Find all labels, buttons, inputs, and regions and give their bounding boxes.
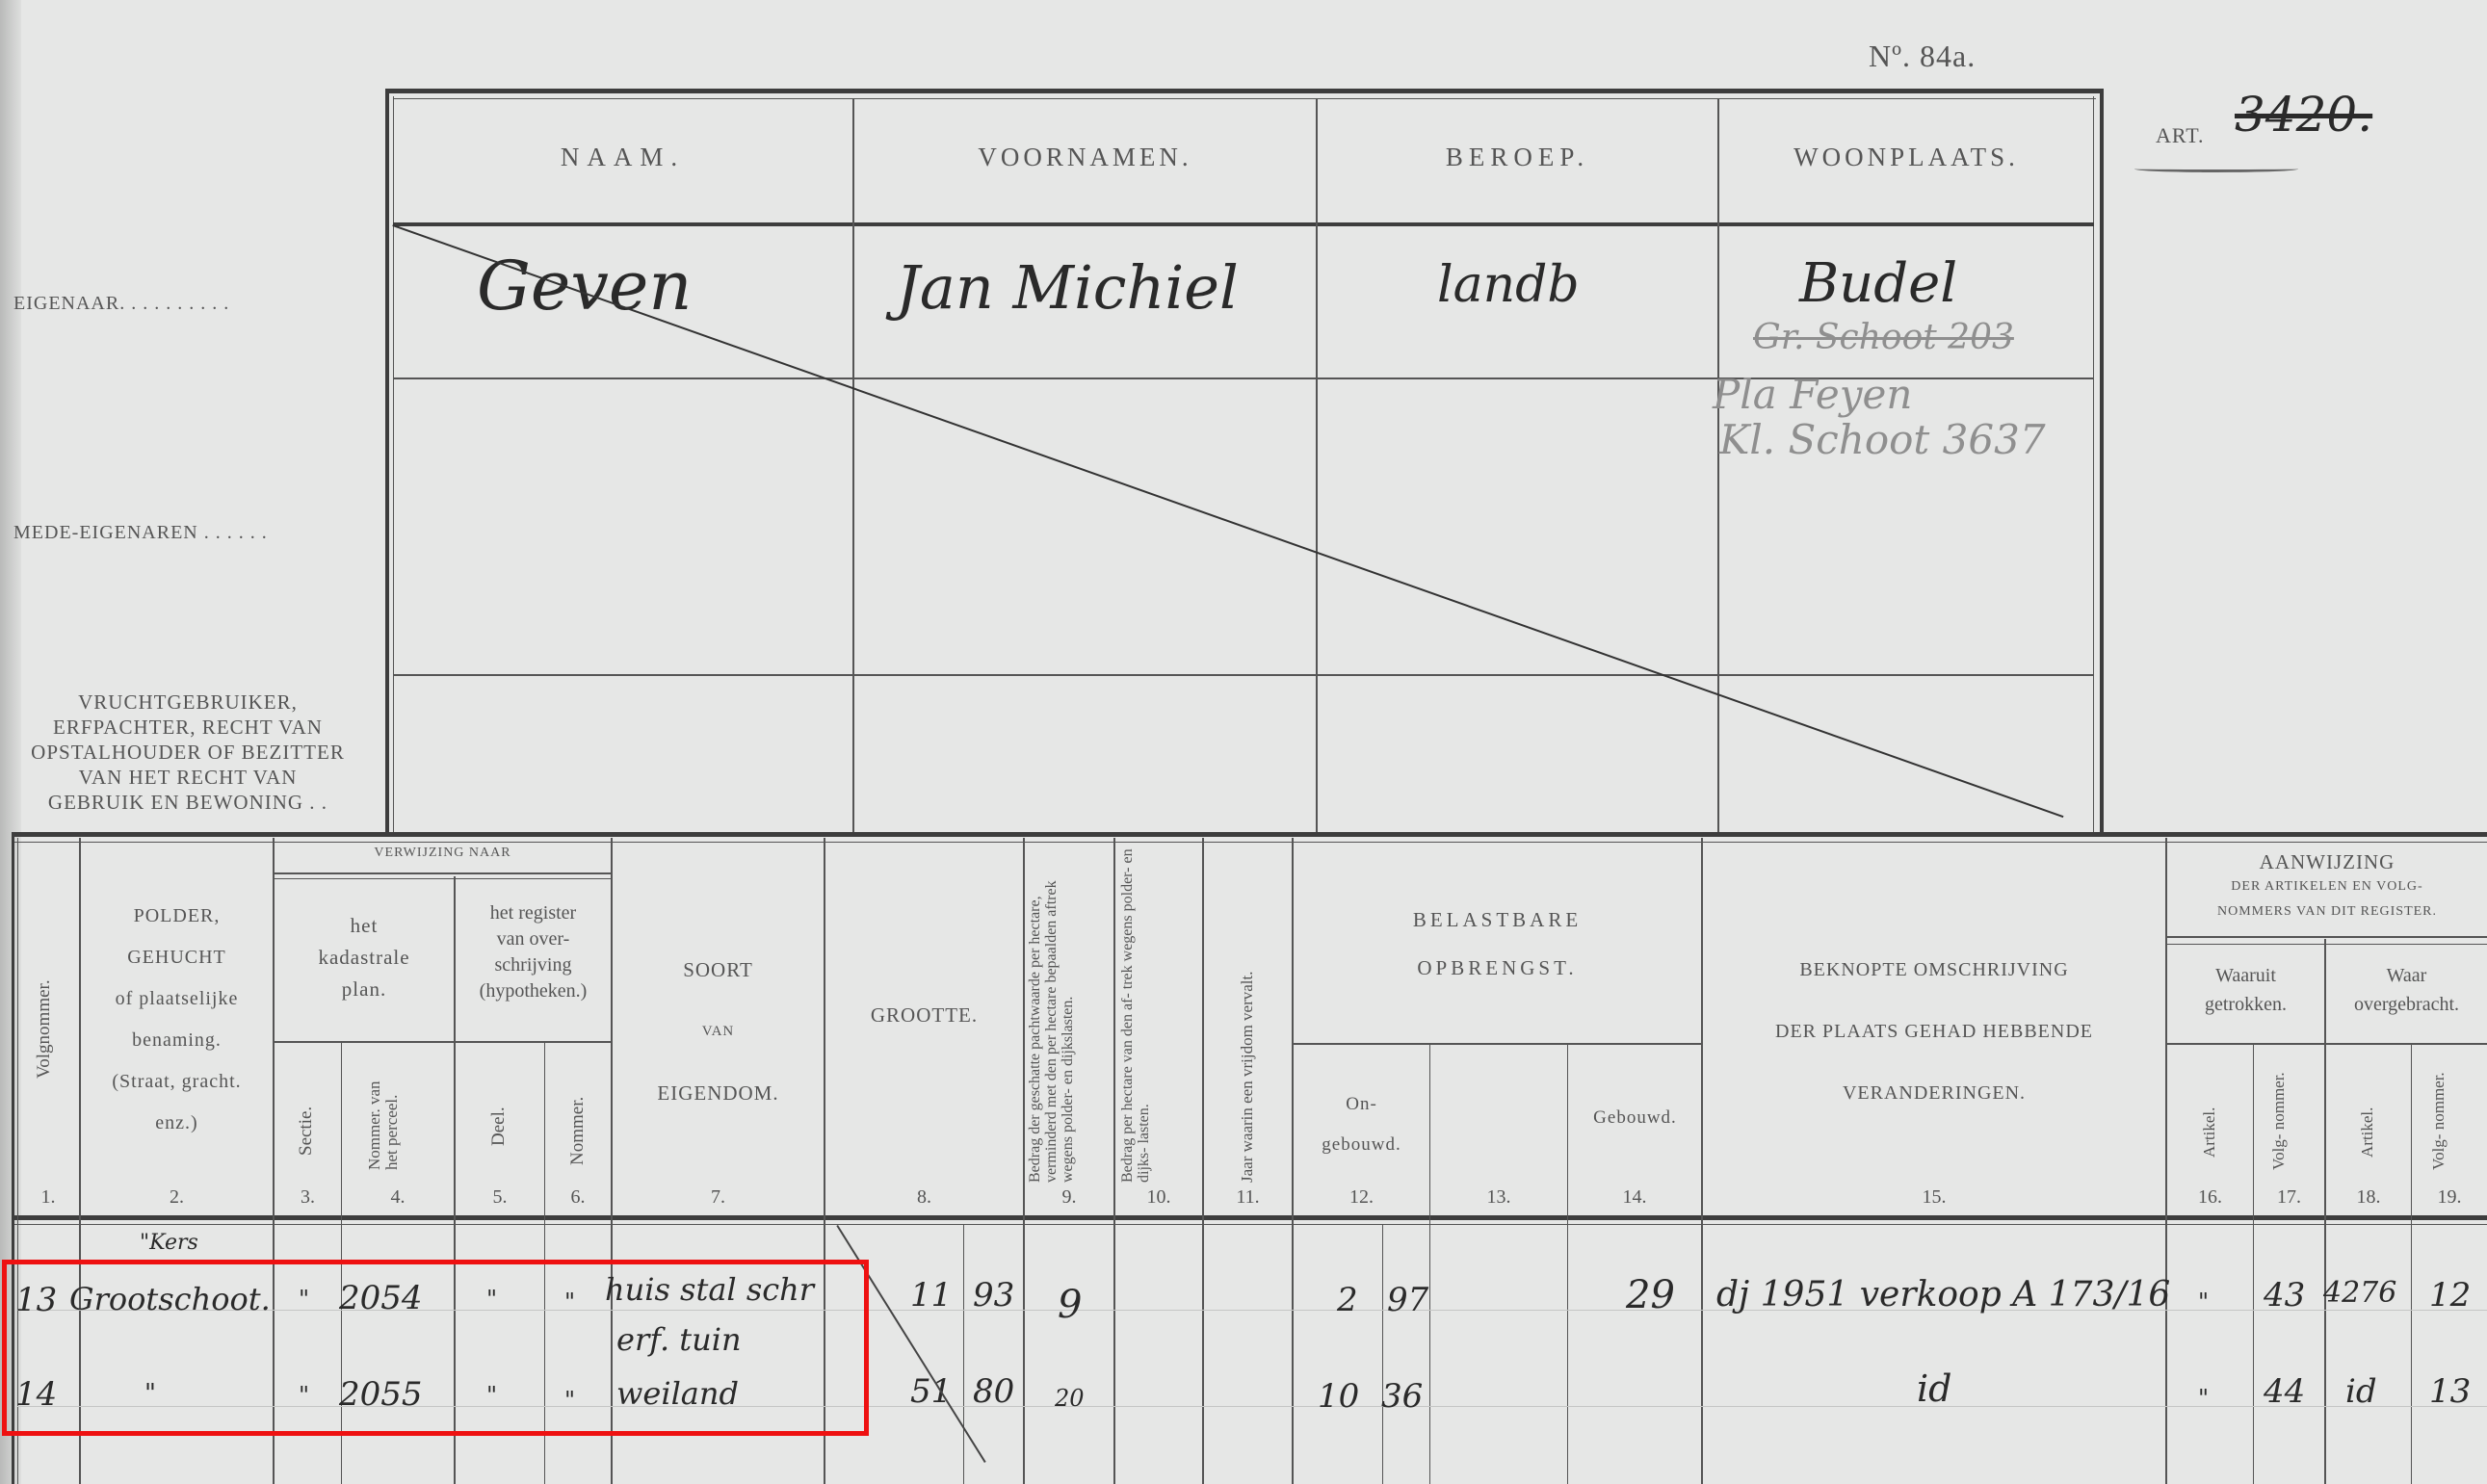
cell-grootte-a: 11 — [910, 1276, 952, 1315]
cell-artikel-2: id — [2345, 1372, 2377, 1411]
cell-volgnommer-2: 13 — [2429, 1372, 2471, 1411]
cell-grootte-b: 93 — [973, 1276, 1014, 1315]
owner-beroep: landb — [1437, 256, 1580, 314]
owner-address-note-2: Kl. Schoot 3637 — [1719, 416, 2046, 463]
col-header-polder: POLDER, GEHUCHT of plaatselijke benaming… — [81, 896, 273, 1144]
header-naam: NAAM. — [393, 143, 852, 172]
col-header-aanwijzing: AANWIJZING DER ARTIKELEN EN VOLG- NOMMER… — [2167, 849, 2487, 924]
header-line: POLDER, — [81, 896, 273, 937]
col-number: 4. — [342, 1186, 454, 1209]
header-line: On- — [1294, 1084, 1429, 1125]
col-number: 5. — [456, 1186, 544, 1209]
col-header-belastbare: BELASTBARE OPBRENGST. — [1294, 896, 1701, 992]
col-header-omschrijving: BEKNOPTE OMSCHRIJVING DER PLAATS GEHAD H… — [1703, 939, 2165, 1124]
owner-address-note-1: Pla Feyen — [1713, 371, 1912, 418]
col-number: 1. — [17, 1186, 79, 1209]
above-row-note: "Kers — [140, 1231, 198, 1255]
col-header-sectie: Sectie. — [297, 1079, 316, 1156]
col-header-register: het register van over- schrijving (hypot… — [456, 900, 611, 1004]
cell-volgnommer-1: 44 — [2264, 1372, 2305, 1411]
col-number: 15. — [1703, 1186, 2165, 1209]
header-line: Waar — [2326, 961, 2487, 990]
header-line: overgebracht. — [2326, 990, 2487, 1019]
article-flourish — [2134, 166, 2298, 172]
cell-ongebouwd-a: 10 — [1318, 1377, 1359, 1416]
label-owner: EIGENAAR. . . . . . . . . . — [13, 293, 229, 315]
cell-gebouwd: 29 — [1626, 1273, 1675, 1317]
col-number: 12. — [1294, 1186, 1429, 1209]
header-line: DER ARTIKELEN EN VOLG- — [2167, 874, 2487, 899]
col-number: 3. — [275, 1186, 341, 1209]
header-line: SOORT — [613, 939, 824, 1001]
col-number: 16. — [2167, 1186, 2253, 1209]
label-co-owners: MEDE-EIGENAREN . . . . . . — [13, 522, 268, 544]
header-line: EIGENDOM. — [613, 1062, 824, 1124]
col-number: 13. — [1430, 1186, 1567, 1209]
header-line: het — [275, 910, 454, 942]
owner-voornamen: Jan Michiel — [896, 252, 1239, 323]
col-number: 9. — [1025, 1186, 1113, 1209]
header-line: Waaruit — [2167, 961, 2324, 990]
col-header-aftrek: Bedrag per hectare van den af- trek wege… — [1119, 846, 1196, 1183]
label-line: VAN HET RECHT VAN — [10, 765, 366, 790]
header-line: GEHUCHT — [81, 937, 273, 978]
col-header-kadastrale: het kadastrale plan. — [275, 910, 454, 1005]
cell-artikel-1: " — [2198, 1385, 2209, 1412]
header-line: het register — [456, 900, 611, 926]
header-line: benaming. — [81, 1020, 273, 1061]
label-line: VRUCHTGEBRUIKER, — [10, 690, 366, 715]
header-line: schrijving — [456, 952, 611, 978]
col-header-volgnommer: Volgnommer. — [35, 944, 54, 1079]
label-line: OPSTALHOUDER OF BEZITTER — [10, 740, 366, 765]
header-voornamen: VOORNAMEN. — [854, 143, 1316, 172]
col-header-artikel-2: Artikel. — [2358, 1071, 2377, 1158]
col-header-grootte: GROOTTE. — [825, 1003, 1023, 1028]
header-line: of plaatselijke — [81, 978, 273, 1020]
article-number-struck: 3420. — [2235, 87, 2372, 143]
cell-ongebouwd-b: 97 — [1387, 1281, 1428, 1319]
col-header-pachtwaarde: Bedrag der geschatte pachtwaarde per hec… — [1027, 846, 1110, 1183]
col-number: 8. — [825, 1186, 1023, 1209]
header-line: enz.) — [81, 1103, 273, 1144]
page-number: Nº. 84a. — [1869, 39, 1976, 74]
col-header-verwijzing: VERWIJZING NAAR — [275, 846, 611, 861]
header-line: BEKNOPTE OMSCHRIJVING — [1703, 939, 2165, 1001]
header-line: van over- — [456, 926, 611, 952]
header-line: AANWIJZING — [2167, 849, 2487, 874]
col-number: 17. — [2254, 1186, 2324, 1209]
col-number: 7. — [613, 1186, 824, 1209]
col-header-nommer: Nommer. — [568, 1069, 588, 1165]
label-line: ERFPACHTER, RECHT VAN — [10, 715, 366, 740]
col-header-artikel-1: Artikel. — [2200, 1071, 2219, 1158]
owner-naam: Geven — [477, 247, 692, 325]
header-beroep: BEROEP. — [1318, 143, 1717, 172]
cell-ongebouwd-a: 2 — [1337, 1281, 1358, 1319]
header-line: kadastrale — [275, 942, 454, 974]
col-header-ongebouwd: On- gebouwd. — [1294, 1084, 1429, 1165]
col-header-gebouwd: Gebouwd. — [1569, 1107, 1701, 1129]
label-usufructuary: VRUCHTGEBRUIKER, ERFPACHTER, RECHT VAN O… — [10, 690, 366, 815]
cell-omschrijving: id — [1917, 1367, 1951, 1410]
cell-grootte-b: 80 — [973, 1372, 1014, 1411]
header-line: gebouwd. — [1294, 1125, 1429, 1165]
cell-pachtwaarde: 9 — [1058, 1283, 1082, 1327]
col-header-deel: Deel. — [489, 1088, 509, 1146]
owner-woonplaats: Budel — [1799, 252, 1957, 315]
cell-artikel-1: " — [2198, 1289, 2209, 1315]
col-number: 19. — [2412, 1186, 2487, 1209]
header-line: VERANDERINGEN. — [1703, 1062, 2165, 1124]
col-number: 10. — [1115, 1186, 1202, 1209]
col-number: 11. — [1204, 1186, 1292, 1209]
col-header-volgnommer-1: Volg- nommer. — [2269, 1064, 2308, 1170]
label-line: GEBRUIK EN BEWONING . . — [10, 790, 366, 815]
header-line: OPBRENGST. — [1294, 944, 1701, 992]
cell-artikel-2: 4276 — [2323, 1276, 2396, 1310]
header-line: BELASTBARE — [1294, 896, 1701, 944]
cell-pachtwaarde: 20 — [1055, 1385, 1085, 1412]
header-line: (hypotheken.) — [456, 978, 611, 1004]
cell-volgnommer-2: 12 — [2429, 1276, 2471, 1315]
col-number: 14. — [1568, 1186, 1701, 1209]
owner-address-struck: Gr. Schoot 203 — [1753, 318, 2014, 357]
col-number: 6. — [545, 1186, 611, 1209]
col-header-nommer-perceel: Nommer. van het perceel. — [366, 1064, 430, 1170]
header-line: VAN — [613, 1001, 824, 1062]
col-number: 2. — [81, 1186, 273, 1209]
header-line: NOMMERS VAN DIT REGISTER. — [2167, 899, 2487, 924]
col-header-volgnommer-2: Volg- nommer. — [2429, 1064, 2468, 1170]
col-header-soort: SOORT VAN EIGENDOM. — [613, 939, 824, 1124]
cell-omschrijving: dj 1951 verkoop A 173/16 — [1716, 1275, 2170, 1315]
cell-ongebouwd-b: 36 — [1381, 1377, 1423, 1416]
header-line: (Straat, gracht. — [81, 1061, 273, 1103]
cell-volgnommer-1: 43 — [2264, 1276, 2305, 1315]
header-line: getrokken. — [2167, 990, 2324, 1019]
header-woonplaats: WOONPLAATS. — [1719, 143, 2093, 172]
highlight-box — [2, 1260, 869, 1436]
article-label: ART. — [2156, 123, 2205, 148]
col-header-vrijdom: Jaar waarin een vrijdom vervalt. — [1238, 846, 1257, 1183]
header-line: DER PLAATS GEHAD HEBBENDE — [1703, 1001, 2165, 1062]
col-header-waar: Waar overgebracht. — [2326, 961, 2487, 1019]
header-line: plan. — [275, 974, 454, 1005]
col-header-waaruit: Waaruit getrokken. — [2167, 961, 2324, 1019]
col-number: 18. — [2326, 1186, 2411, 1209]
